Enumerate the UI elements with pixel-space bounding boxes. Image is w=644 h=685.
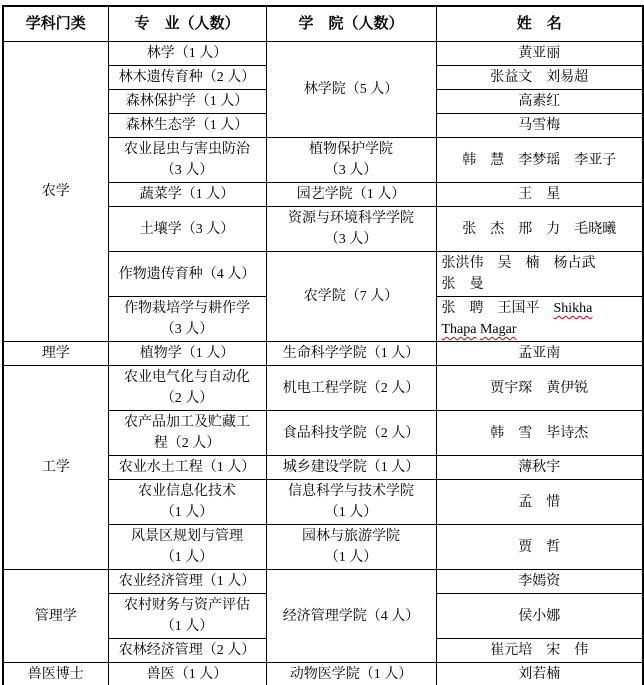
header-major: 专 业（人数）: [108, 6, 266, 42]
table-row: 理学植物学（1 人）生命科学学院（1 人）孟亚南: [3, 342, 643, 366]
cell-line: 生命科学学院（1 人）: [269, 343, 434, 364]
name-cell: 刘若楠: [436, 663, 643, 685]
cell-line: 经济管理学院（4 人）: [269, 606, 434, 627]
name-cell: 贾 哲: [436, 525, 643, 570]
cell-line: 植物保护学院: [269, 139, 434, 160]
cell-line: 农业经济管理（1 人）: [111, 571, 264, 592]
major-cell: 兽医（1 人）: [108, 663, 266, 685]
cell-line: 植物学（1 人）: [111, 343, 264, 364]
cell-line: 农业电气化与自动化: [111, 367, 264, 388]
college-cell: 动物医学院（1 人）: [266, 663, 436, 685]
college-cell: 信息科学与技术学院（1 人）: [266, 480, 436, 525]
college-cell: 园林与旅游学院（1 人）: [266, 525, 436, 570]
name-cell: 贾宇琛 黄伊锐: [436, 366, 643, 411]
cell-line: 兽医（1 人）: [111, 664, 264, 685]
cell-line: 农业昆虫与害虫防治: [111, 139, 264, 160]
category-cell: 工学: [3, 366, 108, 570]
cell-line: 崔元培 宋 伟: [439, 640, 641, 661]
cell-line: 管理学: [6, 606, 106, 627]
table-row: 管理学农业经济管理（1 人）经济管理学院（4 人）李嫣资: [3, 570, 643, 594]
cell-line: 黄亚丽: [439, 43, 641, 64]
cell-line: 农村财务与资产评估: [111, 595, 264, 616]
cell-line: （1 人）: [269, 502, 434, 523]
cell-line: 林学院（5 人）: [269, 79, 434, 100]
category-cell: 农学: [3, 42, 108, 342]
cell-line: 农业信息化技术: [111, 481, 264, 502]
name-cell: 张洪伟 吴 楠 杨占武张 曼: [436, 252, 643, 297]
cell-line: 土壤学（3 人）: [111, 219, 264, 240]
cell-line: 作物栽培学与耕作学: [111, 298, 264, 319]
major-cell: 农业经济管理（1 人）: [108, 570, 266, 594]
cell-line: 李嫣资: [439, 571, 641, 592]
cell-line: 薄秋宇: [439, 457, 641, 478]
header-name: 姓 名: [436, 6, 643, 42]
table-row: 兽医博士兽医（1 人）动物医学院（1 人）刘若楠: [3, 663, 643, 685]
cell-line: 张 聘 王国平 Shikha: [442, 298, 641, 319]
cell-line: 农学院（7 人）: [269, 286, 434, 307]
name-cell: 韩 慧 李梦瑶 李亚子: [436, 138, 643, 183]
college-cell: 林学院（5 人）: [266, 42, 436, 138]
table-row: 学科门类 专 业（人数） 学 院（人数） 姓 名: [3, 6, 643, 42]
cell-line: 理学: [6, 343, 106, 364]
cell-line: （1 人）: [111, 547, 264, 568]
college-cell: 经济管理学院（4 人）: [266, 570, 436, 663]
cell-line: 信息科学与技术学院: [269, 481, 434, 502]
cell-line: （3 人）: [269, 160, 434, 181]
cell-line: 园林与旅游学院: [269, 526, 434, 547]
major-cell: 蔬菜学（1 人）: [108, 183, 266, 207]
cell-line: 贾 哲: [439, 537, 641, 558]
document-page: 学科门类 专 业（人数） 学 院（人数） 姓 名 农学林学（1 人）林学院（5 …: [0, 0, 644, 685]
cell-line: 马雪梅: [439, 115, 641, 136]
cell-line: （3 人）: [269, 229, 434, 250]
table-row: 农学林学（1 人）林学院（5 人）黄亚丽: [3, 42, 643, 66]
cell-line: 张益文 刘易超: [439, 67, 641, 88]
cell-line: 孟亚南: [439, 343, 641, 364]
cell-line: 兽医博士: [6, 664, 106, 685]
college-cell: 机电工程学院（2 人）: [266, 366, 436, 411]
major-cell: 作物遗传育种（4 人）: [108, 252, 266, 297]
cell-line: （1 人）: [111, 616, 264, 637]
major-cell: 林学（1 人）: [108, 42, 266, 66]
major-cell: 作物栽培学与耕作学（3 人）: [108, 297, 266, 342]
major-cell: 农林经济管理（2 人）: [108, 639, 266, 663]
major-cell: 农产品加工及贮藏工程（2 人）: [108, 411, 266, 456]
college-cell: 城乡建设学院（1 人）: [266, 456, 436, 480]
cell-line: 园艺学院（1 人）: [269, 184, 434, 205]
cell-line: 贾宇琛 黄伊锐: [439, 378, 641, 399]
major-cell: 森林保护学（1 人）: [108, 90, 266, 114]
cell-line: 农林经济管理（2 人）: [111, 640, 264, 661]
college-cell: 园艺学院（1 人）: [266, 183, 436, 207]
spellcheck-word: Thapa: [442, 322, 477, 337]
cell-line: 林学（1 人）: [111, 43, 264, 64]
college-cell: 食品科技学院（2 人）: [266, 411, 436, 456]
college-cell: 植物保护学院（3 人）: [266, 138, 436, 183]
major-cell: 植物学（1 人）: [108, 342, 266, 366]
major-cell: 农村财务与资产评估（1 人）: [108, 594, 266, 639]
cell-line: 风景区规划与管理: [111, 526, 264, 547]
cell-line: 韩 雪 毕诗杰: [439, 423, 641, 444]
cell-line: 农业水土工程（1 人）: [111, 457, 264, 478]
cell-line: 动物医学院（1 人）: [269, 664, 434, 685]
name-cell: 黄亚丽: [436, 42, 643, 66]
cell-line: 韩 慧 李梦瑶 李亚子: [439, 150, 641, 171]
category-cell: 管理学: [3, 570, 108, 663]
cell-line: 高素红: [439, 91, 641, 112]
header-subject-category: 学科门类: [3, 6, 108, 42]
major-cell: 农业信息化技术（1 人）: [108, 480, 266, 525]
major-cell: 风景区规划与管理（1 人）: [108, 525, 266, 570]
name-cell: 孟亚南: [436, 342, 643, 366]
cell-line: 程（2 人）: [111, 433, 264, 454]
name-cell: 张 杰 邢 力 毛晓曦: [436, 207, 643, 252]
cell-line: 森林生态学（1 人）: [111, 115, 264, 136]
cell-line: Thapa Magar: [442, 319, 641, 340]
cell-line: 农产品加工及贮藏工: [111, 412, 264, 433]
cell-line: （1 人）: [269, 547, 434, 568]
major-cell: 森林生态学（1 人）: [108, 114, 266, 138]
name-cell: 薄秋宇: [436, 456, 643, 480]
name-cell: 马雪梅: [436, 114, 643, 138]
major-cell: 林木遗传育种（2 人）: [108, 66, 266, 90]
college-cell: 资源与环境科学学院（3 人）: [266, 207, 436, 252]
cell-line: 农学: [6, 181, 106, 202]
cell-line: 资源与环境科学学院: [269, 208, 434, 229]
cell-line: 工学: [6, 457, 106, 478]
cell-line: 张 杰 邢 力 毛晓曦: [439, 219, 641, 240]
name-cell: 李嫣资: [436, 570, 643, 594]
name-cell: 崔元培 宋 伟: [436, 639, 643, 663]
name-cell: 高素红: [436, 90, 643, 114]
spellcheck-word: Magar: [480, 322, 517, 337]
college-cell: 农学院（7 人）: [266, 252, 436, 342]
cell-line: 侯小娜: [439, 606, 641, 627]
major-cell: 农业水土工程（1 人）: [108, 456, 266, 480]
category-cell: 理学: [3, 342, 108, 366]
college-cell: 生命科学学院（1 人）: [266, 342, 436, 366]
cell-line: 张 曼: [442, 274, 641, 295]
major-cell: 农业电气化与自动化（2 人）: [108, 366, 266, 411]
cell-line: 孟 惜: [439, 492, 641, 513]
cell-line: 作物遗传育种（4 人）: [111, 264, 264, 285]
cell-line: 机电工程学院（2 人）: [269, 378, 434, 399]
cell-line: 城乡建设学院（1 人）: [269, 457, 434, 478]
category-cell: 兽医博士: [3, 663, 108, 685]
name-cell: 韩 雪 毕诗杰: [436, 411, 643, 456]
cell-line: 林木遗传育种（2 人）: [111, 67, 264, 88]
cell-line: （2 人）: [111, 388, 264, 409]
cell-line: 刘若楠: [439, 664, 641, 685]
major-cell: 农业昆虫与害虫防治（3 人）: [108, 138, 266, 183]
name-cell: 侯小娜: [436, 594, 643, 639]
cell-line: 王 星: [439, 184, 641, 205]
name-cell: 王 星: [436, 183, 643, 207]
cell-line: 蔬菜学（1 人）: [111, 184, 264, 205]
cell-line: 张洪伟 吴 楠 杨占武: [442, 253, 641, 274]
degree-student-table: 学科门类 专 业（人数） 学 院（人数） 姓 名 农学林学（1 人）林学院（5 …: [2, 5, 644, 685]
header-college: 学 院（人数）: [266, 6, 436, 42]
table-header-row: 学科门类 专 业（人数） 学 院（人数） 姓 名: [3, 6, 643, 42]
major-cell: 土壤学（3 人）: [108, 207, 266, 252]
table-body: 农学林学（1 人）林学院（5 人）黄亚丽林木遗传育种（2 人）张益文 刘易超森林…: [3, 42, 643, 685]
name-cell: 张益文 刘易超: [436, 66, 643, 90]
cell-line: 森林保护学（1 人）: [111, 91, 264, 112]
cell-line: （3 人）: [111, 319, 264, 340]
table-row: 工学农业电气化与自动化（2 人）机电工程学院（2 人）贾宇琛 黄伊锐: [3, 366, 643, 411]
cell-line: （3 人）: [111, 160, 264, 181]
spellcheck-word: Shikha: [554, 301, 593, 316]
cell-line: （1 人）: [111, 502, 264, 523]
name-cell: 张 聘 王国平 ShikhaThapa Magar: [436, 297, 643, 342]
name-cell: 孟 惜: [436, 480, 643, 525]
cell-line: 食品科技学院（2 人）: [269, 423, 434, 444]
